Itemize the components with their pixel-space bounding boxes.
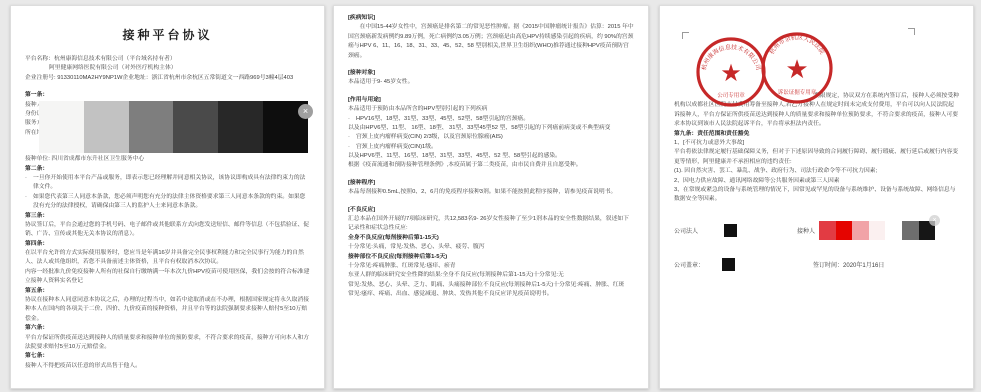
adverse-reaction-heading: [不良反应] [348,206,634,215]
liability-item: 2、因电力供应故障、通讯网络故障等公共服务因素或第三人因素 [674,177,959,186]
usage-item: · 宫颈上皮内瘤样病变(CIN)1级。 [348,143,634,152]
disease-info-text: 在中国15-44岁女性中，宫颈癌是排名第二的常见恶性肿瘤。据《2015中国肿瘤统… [348,23,634,61]
usage-heading: [作用与用途] [348,96,634,105]
section-9-heading: 第九条：责任范围和责任豁免 [674,130,959,139]
liability-item-sub: (1). 因自然灾害、罢工、暴乱、战争、政府行为、司法行政命令等不可抗力因素; [674,167,959,176]
adverse-text: 东亚人群的临床研究安全性降的结果:全身不良反应(每剂接种后第1-15天)十分常见… [348,271,634,280]
court-seal-stamp: 杭州市余杭区人民法院 ★ 诉讼证据专用章 [759,30,835,106]
section-2-item: · 如果您代表第三人同意本条款，您必须声明您有充分的法律主体资格要求第三人同意本… [25,193,310,212]
adverse-text: 常见:瘙痒、疼痛、出血、感觉减退、肿块、发热其他不良反应详见疫苗说明书。 [348,290,634,299]
document-page-3: 杭州康海信息技术有限公司 ★ 公司专用章 杭州市余杭区人民法院 ★ 诉讼证据专用… [659,5,974,389]
usage-item-text: 宫颈上皮内瘤样病变(CIN)1级。 [356,143,634,152]
company-seal-label: 公司盖章： [674,260,704,269]
platform-name-line-2: 阿里健康网络医院有限公司（对外医疗机构主体） [25,64,310,73]
red-color-bar-image[interactable]: × [819,221,935,240]
color-swatch [852,221,869,240]
page-title: 接种平台协议 [25,26,310,43]
document-canvas: 接种平台协议 平台名称：杭州康海信息技术有限公司（平台域名持有者） 阿里健康网络… [0,0,981,392]
liability-item: 1、[不可抗力或意外大事故] [674,139,959,148]
company-stamps-image[interactable]: 杭州康海信息技术有限公司 ★ 公司专用章 杭州市余杭区人民法院 ★ 诉讼证据专用… [694,30,844,110]
bullet-icon: · [348,133,356,142]
section-1-heading: 第一条： [25,91,310,100]
star-icon: ★ [785,55,808,85]
color-swatch [129,101,174,153]
bullet-icon: · [25,193,33,212]
section-5-heading: 第五条： [25,287,310,296]
section-7-text: 接种人不得把疫苗以任意的形式出售于他人。 [25,362,310,371]
section-4-text: 在以平台允许的方式实际使用服务时，您应当是年满16岁并具备完全民事权利能力和完全… [25,249,310,268]
legal-person-signature-block[interactable] [724,224,737,237]
adverse-subheading: 接种部位不良反应(每剂接种后第1-5天) [348,253,634,262]
usage-item-text: HPV16型、18型、31型、33型、45型、52型、58型引起的宫颈癌。 [356,115,634,124]
liability-item-text: 平台将依法律规定履行基础保障义务，但对于下述原因导致的合同履行障碍、履行瑕疵、履… [674,148,959,167]
svg-text:杭州市余杭区人民法院: 杭州市余杭区人民法院 [768,33,827,55]
close-icon[interactable]: × [298,104,313,119]
bullet-icon: · [348,143,356,152]
adverse-text: 常见:发热、恶心、头晕、乏力、肌痛、头痛接种部位不良反应(每剂接种后1-5天)十… [348,281,634,290]
adverse-intro: 汇总本品在国外开展的7项临床研究，共12,583名9- 26岁女性接种了至少1剂… [348,215,634,234]
section-3-heading: 第三条： [25,212,310,221]
signing-date: 签订时间：2020年1月16日 [813,260,884,269]
adverse-subheading: 全身不良反应(每剂接种后第1-15天) [348,234,634,243]
seal-bottom-text: 诉讼证据专用章 [778,88,817,96]
signature-row-1: 公司法人 接种人 × [674,221,959,240]
section-5-text: 协议在接种本人同意同意本协议之后，办理的过程当中，如若中途取消或在不办理，根据国… [25,296,310,324]
signature-row-2: 公司盖章： 签订时间：2020年1月16日 [674,258,959,271]
seal-arc-text: 杭州市余杭区人民法院 [768,33,827,55]
usage-item-text: 宫颈上皮内瘤样病变(CIN) 2/3级，以及宫颈原位腺癌(AIS) [356,133,634,142]
vaccinee-label: 接种人 [797,226,815,235]
company-seal-stamp: 杭州康海信息技术有限公司 ★ 公司专用章 [694,35,768,109]
color-swatch [885,221,902,240]
usage-line: 以及由HPV6型、11型、 16型、18型、 31型、33型45型52 型、58… [348,124,634,133]
section-4-heading: 第四条： [25,240,310,249]
color-swatch [902,221,919,240]
section-2-item: · 一旦你开始使用本平台产品或服务，即表示您已经理解并同意相关协议，该协议即构成… [25,174,310,193]
usage-line: 以及HPV6型、11型、16型、18型、31型、33型、45型、52 型、58型… [348,152,634,161]
color-swatch [84,101,129,153]
section-2-item-text: 一旦你开始使用本平台产品或服务，即表示您已经理解并同意相关协议，该协议即构成具有… [33,174,310,193]
document-page-2: [疾病知识] 在中国15-44岁女性中，宫颈癌是排名第二的常见恶性肿瘤。据《20… [333,5,649,389]
usage-line: 根据《疫苗流通和预防接种管理条例》,本疫苗属于第二类疫苗，由市民自费并且自愿受种… [348,161,634,170]
color-swatch [869,221,886,240]
section-2-item-text: 如果您代表第三人同意本条款，您必须声明您有充分的法律主体资格要求第三人同意本条款… [33,193,310,212]
document-page-1: 接种平台协议 平台名称：杭州康海信息技术有限公司（平台域名持有者） 阿里健康网络… [10,5,325,389]
crop-handle-icon[interactable] [682,32,689,39]
section-6-heading: 第六条： [25,324,310,333]
color-swatch [39,101,84,153]
usage-intro: 本品适用于预防由本品所含的HPV型别引起的下列疾病 [348,105,634,114]
color-swatch [836,221,853,240]
platform-name-line: 平台名称：杭州康海信息技术有限公司（平台域名持有者） [25,55,310,64]
section-6-text: 平台方保证所供疫苗送达到接种人的质量要求和接种单位的预防要求，不符合要求的疫苗，… [25,334,310,353]
color-swatch [173,101,218,153]
liability-item: 3、在常规或紧急的设备与系统管理的情况下，因常见或罕见的设备与系统维护、设备与系… [674,186,959,205]
star-icon: ★ [720,59,742,87]
adverse-text: 十分常见:头痛，常见:发热、恶心、头晕、疲劳、腹泻 [348,243,634,252]
crop-handle-icon[interactable] [908,28,915,35]
color-swatch [819,221,836,240]
color-swatch [218,101,263,153]
bullet-icon: · [25,174,33,193]
schedule-text: 本品每剂接种0.5mL,按照0、2、6月的免疫程序接种3剂。如果不能按照此程序接… [348,188,634,197]
section-7-heading: 第七条： [25,352,310,361]
vaccination-unit-line: 接种单位: 四川省成都市东升社区卫生服务中心 [25,155,310,164]
usage-item: · HPV16型、18型、31型、33型、45型、52型、58型引起的宫颈癌。 [348,115,634,124]
bullet-icon: · [348,115,356,124]
section-2-heading: 第二条： [25,165,310,174]
adverse-text: 十分常见:疼痛肿胀、红斑常见:瘙痒、瘀青 [348,262,634,271]
disease-info-heading: [疾病知识] [348,14,634,23]
company-registration-line: 企业注册号: 91330110MA2HY9NP1W企业地址：浙江省杭州市余杭区五… [25,74,310,83]
close-icon[interactable]: × [929,215,940,226]
target-group-text: 本品适用于9- 45岁女性。 [348,78,634,87]
target-group-heading: [接种对象] [348,69,634,78]
usage-item: · 宫颈上皮内瘤样病变(CIN) 2/3级，以及宫颈原位腺癌(AIS) [348,133,634,142]
grayscale-color-bar-image[interactable]: × [39,101,308,153]
schedule-heading: [接种程序] [348,179,634,188]
legal-person-label: 公司法人 [674,226,698,235]
section-3-text: 协议签订后，平台会通过您的手机号码、电子邮件或其他联系方式向您发送短信、邮件等信… [25,221,310,240]
section-4-text-2: 内容一经批准九价免疫接种人所有的社保自行缴纳满一年本次九价HPV疫苗可使用医保，… [25,268,310,287]
section-1-block: 第一条： 接种人 身份证 服务方 所在地 × [25,91,310,155]
company-seal-signature-block[interactable] [722,258,735,271]
seal-bottom-text: 公司专用章 [717,91,745,99]
